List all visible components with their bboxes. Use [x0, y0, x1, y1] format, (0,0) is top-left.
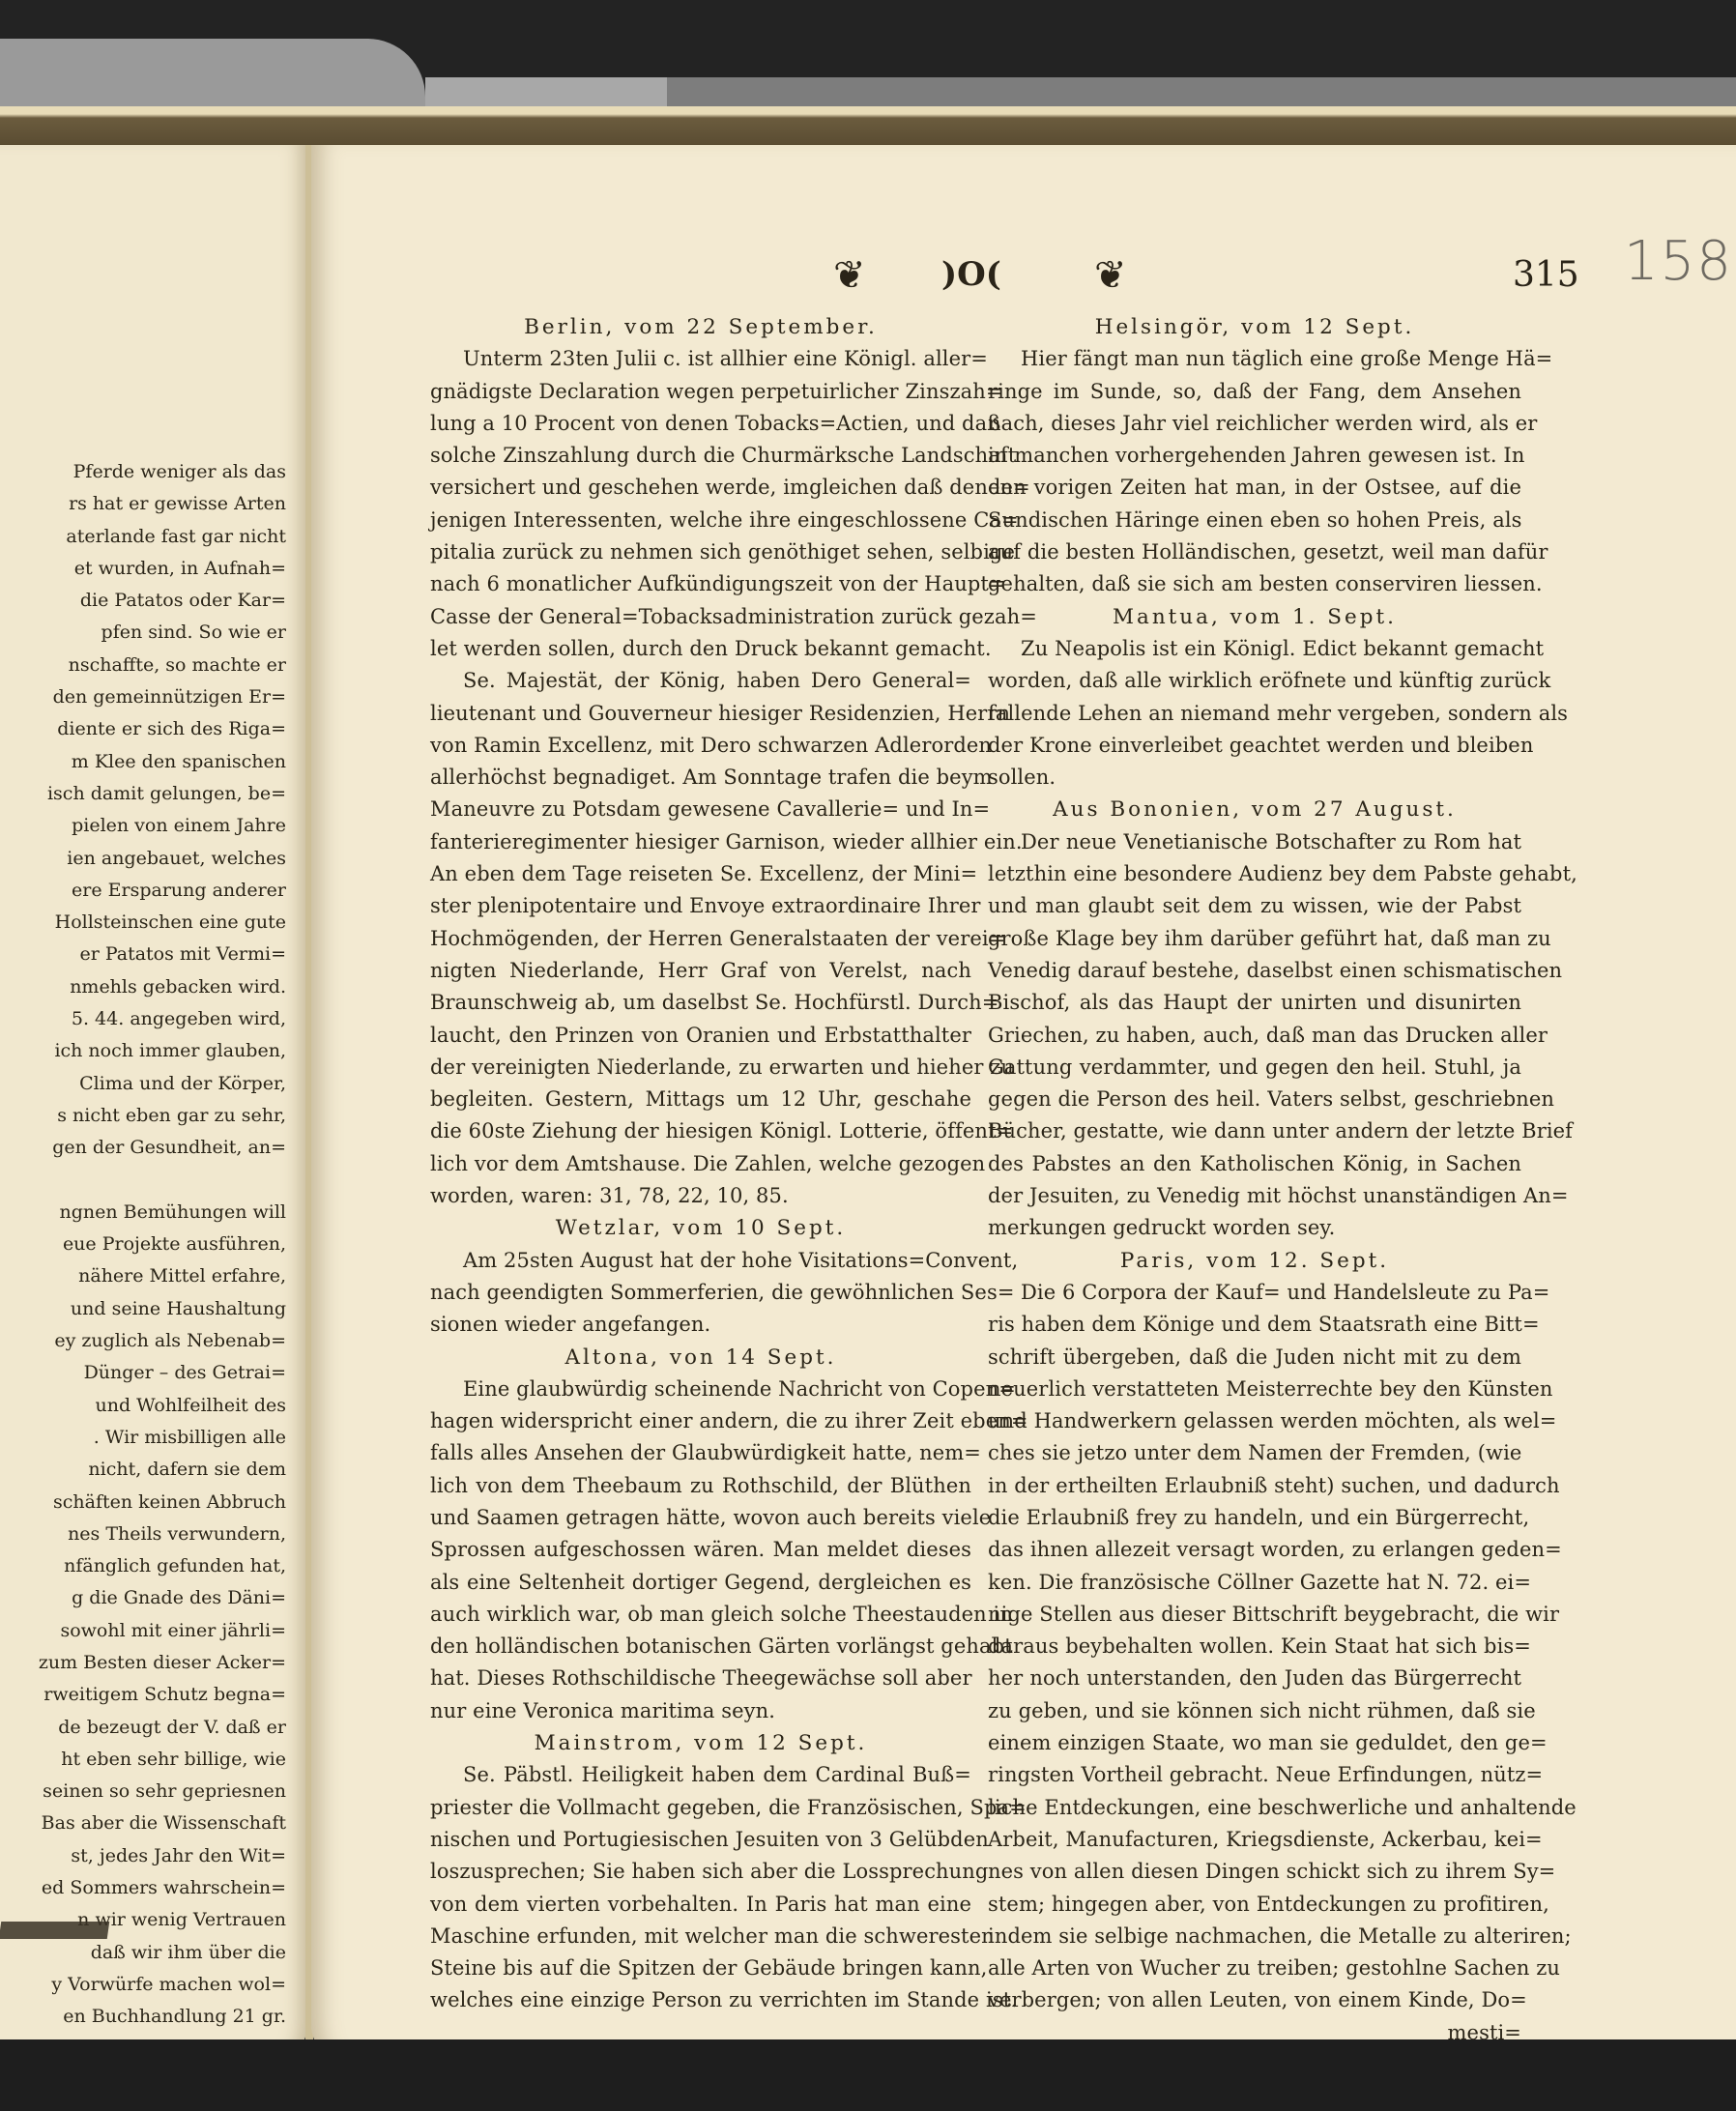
article-body: Zu Neapolis ist ein Königl. Edict bekann…	[988, 633, 1521, 794]
news-article: Wetzlar, vom 10 Sept.Am 25sten August ha…	[430, 1212, 971, 1341]
article-body: Unterm 23ten Julii c. ist allhier eine K…	[430, 343, 971, 1212]
fragment-text-line: ey zuglich als Nebenab=	[0, 1325, 286, 1357]
text-line: worden, waren: 31, 78, 22, 10, 85.	[430, 1180, 971, 1212]
article-body: Eine glaubwürdig scheinende Nachricht vo…	[430, 1374, 971, 1727]
text-line: hat. Dieses Rothschildische Theegewächse…	[430, 1663, 971, 1694]
text-line: pitalia zurück zu nehmen sich genöthiget…	[430, 536, 971, 568]
article-body: Die 6 Corpora der Kauf= und Handelsleute…	[988, 1277, 1521, 2017]
text-line: letzthin eine besondere Audienz bey dem …	[988, 858, 1521, 890]
text-line: der Jesuiten, zu Venedig mit höchst unan…	[988, 1180, 1521, 1212]
fragment-text-line: Dünger – des Getrai=	[0, 1357, 286, 1389]
left-column: Berlin, vom 22 September.Unterm 23ten Ju…	[430, 311, 971, 2017]
fragment-text-line: nes Theils verwundern,	[0, 1518, 286, 1550]
text-line: versichert und geschehen werde, imgleich…	[430, 472, 971, 504]
text-line: Am 25sten August hat der hohe Visitation…	[430, 1245, 971, 1277]
text-line: lieutenant und Gouverneur hiesiger Resid…	[430, 698, 971, 730]
fragment-text-line: 5. 44. angegeben wird,	[0, 1003, 286, 1035]
text-line: Arbeit, Manufacturen, Kriegsdienste, Ack…	[988, 1824, 1521, 1856]
fragment-text-line: ht eben sehr billige, wie	[0, 1744, 286, 1776]
news-article: Mainstrom, vom 12 Sept.Se. Päbstl. Heili…	[430, 1727, 971, 2017]
fragment-text-line: Hollsteinschen eine gute	[0, 907, 286, 939]
fragment-text-line: ngnen Bemühungen will	[0, 1197, 286, 1229]
article-dateline: Aus Bononien, vom 27 August.	[988, 794, 1521, 825]
text-line: auch wirklich war, ob man gleich solche …	[430, 1599, 971, 1631]
fragment-text-line: er Patatos mit Vermi=	[0, 939, 286, 970]
fragment-text-line: rs hat er gewisse Arten	[0, 488, 286, 520]
news-article: Berlin, vom 22 September.Unterm 23ten Ju…	[430, 311, 971, 1212]
fragment-text-line: en Buchhandlung 21 gr.	[0, 2001, 286, 2033]
article-dateline: Altona, von 14 Sept.	[430, 1342, 971, 1374]
text-line: Maneuvre zu Potsdam gewesene Cavallerie=…	[430, 794, 971, 825]
text-line: Zu Neapolis ist ein Königl. Edict bekann…	[988, 633, 1521, 665]
news-article: Altona, von 14 Sept.Eine glaubwürdig sch…	[430, 1342, 971, 1728]
page-number: 315	[1513, 255, 1579, 295]
fragment-text-line: sowohl mit einer jährli=	[0, 1615, 286, 1647]
news-article: Helsingör, vom 12 Sept.Hier fängt man nu…	[988, 311, 1521, 601]
fragment-text-line: y Vorwürfe machen wol=	[0, 1969, 286, 2001]
fragment-text-line: ed Sommers wahrschein=	[0, 1872, 286, 1904]
text-line: von Ramin Excellenz, mit Dero schwarzen …	[430, 730, 971, 762]
text-line: hagen widerspricht einer andern, die zu …	[430, 1405, 971, 1437]
text-line: nigten Niederlande, Herr Graf von Verels…	[430, 955, 971, 987]
article-dateline: Paris, vom 12. Sept.	[988, 1245, 1521, 1277]
text-line: die Erlaubniß frey zu handeln, und ein B…	[988, 1502, 1521, 1534]
text-line: An eben dem Tage reiseten Se. Excellenz,…	[430, 858, 971, 890]
fragment-text-line: schäften keinen Abbruch	[0, 1487, 286, 1518]
text-line: die 60ste Ziehung der hiesigen Königl. L…	[430, 1115, 971, 1147]
text-line: Sprossen aufgeschossen wären. Man meldet…	[430, 1534, 971, 1566]
fragment-text-line: aterlande fast gar nicht	[0, 521, 286, 553]
text-line: nige Stellen aus dieser Bittschrift beyg…	[988, 1599, 1521, 1631]
article-dateline: Mantua, vom 1. Sept.	[988, 601, 1521, 633]
fragment-text-line: et wurden, in Aufnah=	[0, 553, 286, 585]
text-line: daraus beybehalten wollen. Kein Staat ha…	[988, 1631, 1521, 1663]
text-line: her noch unterstanden, den Juden das Bür…	[988, 1663, 1521, 1694]
text-line: Casse der General=Tobacksadministration …	[430, 601, 971, 633]
text-line: der Krone einverleibet geachtet werden u…	[988, 730, 1521, 762]
text-line: Sundischen Häringe einen eben so hohen P…	[988, 505, 1521, 536]
text-line: Maschine erfunden, mit welcher man die s…	[430, 1921, 971, 1952]
fragment-text-line: diente er sich des Riga=	[0, 713, 286, 745]
page-header: ❦ )O( ❦ 315	[833, 253, 1606, 311]
text-line: merkungen gedruckt worden sey.	[988, 1212, 1521, 1244]
text-line: als eine Seltenheit dortiger Gegend, der…	[430, 1567, 971, 1599]
text-line: und man glaubt seit dem zu wissen, wie d…	[988, 890, 1521, 922]
fragment-text-line: nmehls gebacken wird.	[0, 971, 286, 1003]
fragment-text-line: ere Ersparung anderer	[0, 875, 286, 907]
text-line: sionen wieder angefangen.	[430, 1309, 971, 1341]
text-line: gegen die Person des heil. Vaters selbst…	[988, 1084, 1521, 1115]
text-line: Gattung verdammter, und gegen den heil. …	[988, 1052, 1521, 1084]
text-line: Bücher, gestatte, wie dann unter andern …	[988, 1115, 1521, 1147]
fragment-text-line: pfen sind. So wie er	[0, 617, 286, 649]
text-line: nur eine Veronica maritima seyn.	[430, 1695, 971, 1727]
text-line: des Pabstes an den Katholischen König, i…	[988, 1148, 1521, 1180]
text-line: das ihnen allezeit versagt worden, zu er…	[988, 1534, 1521, 1566]
fragment-text-line: nschaffte, so machte er	[0, 650, 286, 681]
fragment-text-line: m Klee den spanischen	[0, 746, 286, 778]
text-line: welches eine einzige Person zu verrichte…	[430, 1984, 971, 2016]
news-article: Paris, vom 12. Sept.Die 6 Corpora der Ka…	[988, 1245, 1521, 2017]
text-line: Hochmögenden, der Herren Generalstaaten …	[430, 923, 971, 955]
text-line: solche Zinszahlung durch die Churmärksch…	[430, 440, 971, 472]
text-line: nach geendigten Sommerferien, die gewöhn…	[430, 1277, 971, 1309]
fragment-text-line: und seine Haushaltung	[0, 1293, 286, 1325]
text-line: Eine glaubwürdig scheinende Nachricht vo…	[430, 1374, 971, 1405]
text-line: Venedig darauf bestehe, daselbst einen s…	[988, 955, 1521, 987]
text-line: Unterm 23ten Julii c. ist allhier eine K…	[430, 343, 971, 375]
text-line: lung a 10 Procent von denen Tobacks=Acti…	[430, 408, 971, 440]
article-body: Der neue Venetianische Botschafter zu Ro…	[988, 826, 1521, 1245]
fragment-text-line: Bas aber die Wissenschaft	[0, 1807, 286, 1839]
fragment-text-line: s nicht eben gar zu sehr,	[0, 1100, 286, 1132]
text-line: Der neue Venetianische Botschafter zu Ro…	[988, 826, 1521, 858]
text-line: schrift übergeben, daß die Juden nicht m…	[988, 1342, 1521, 1374]
article-dateline: Mainstrom, vom 12 Sept.	[430, 1727, 971, 1759]
fragment-text-line: und Wohlfeilheit des	[0, 1390, 286, 1422]
text-line: und Handwerkern gelassen werden möchten,…	[988, 1405, 1521, 1437]
left-page-text-fragment: Pferde weniger als dasrs hat er gewisse …	[0, 456, 286, 2064]
fragment-text-line: st, jedes Jahr den Wit=	[0, 1840, 286, 1872]
fragment-text-line: seinen so sehr gepriesnen	[0, 1776, 286, 1807]
text-line: priester die Vollmacht gegeben, die Fran…	[430, 1792, 971, 1824]
fragment-text-line: nicht, dafern sie dem	[0, 1454, 286, 1486]
article-dateline: Helsingör, vom 12 Sept.	[988, 311, 1521, 343]
fragment-text-line: Pferde weniger als das	[0, 456, 286, 488]
text-line: den holländischen botanischen Gärten vor…	[430, 1631, 971, 1663]
text-line: ringsten Vortheil gebracht. Neue Erfindu…	[988, 1759, 1521, 1791]
text-line: lich vor dem Amtshause. Die Zahlen, welc…	[430, 1148, 971, 1180]
text-line: worden, daß alle wirklich eröfnete und k…	[988, 665, 1521, 697]
text-line: zu geben, und sie können sich nicht rühm…	[988, 1695, 1521, 1727]
text-line: falls alles Ansehen der Glaubwürdigkeit …	[430, 1437, 971, 1469]
text-line: nes von allen diesen Dingen schickt sich…	[988, 1856, 1521, 1888]
text-line: der vereinigten Niederlande, zu erwarten…	[430, 1052, 971, 1084]
fragment-text-line: eue Projekte ausführen,	[0, 1229, 286, 1260]
article-dateline: Berlin, vom 22 September.	[430, 311, 971, 343]
text-line: lich von dem Theebaum zu Rothschild, der…	[430, 1470, 971, 1502]
text-line: allerhöchst begnadiget. Am Sonntage traf…	[430, 762, 971, 794]
moon-ornament-icon: )O(	[941, 255, 1001, 294]
article-body: Hier fängt man nun täglich eine große Me…	[988, 343, 1521, 600]
shell-ornament-icon: ❦	[1094, 253, 1127, 298]
fragment-text-line: . Wir misbilligen alle	[0, 1422, 286, 1454]
text-line: Griechen, zu haben, auch, daß man das Dr…	[988, 1020, 1521, 1052]
article-body: Am 25sten August hat der hohe Visitation…	[430, 1245, 971, 1342]
text-line: Hier fängt man nun täglich eine große Me…	[988, 343, 1521, 375]
fragment-text-line: pielen von einem Jahre	[0, 810, 286, 842]
fragment-text-line: daß wir ihm über die	[0, 1937, 286, 1969]
text-line: ches sie jetzo unter dem Namen der Fremd…	[988, 1437, 1521, 1469]
fragment-text-line: ien angebauet, welches	[0, 843, 286, 875]
news-article: Aus Bononien, vom 27 August.Der neue Ven…	[988, 794, 1521, 1244]
shell-ornament-icon: ❦	[833, 253, 866, 298]
text-line: fallende Lehen an niemand mehr vergeben,…	[988, 698, 1521, 730]
text-line: verbergen; von allen Leuten, von einem K…	[988, 1984, 1521, 2016]
fragment-text-line: ich noch immer glauben,	[0, 1035, 286, 1067]
text-line: nischen und Portugiesischen Jesuiten von…	[430, 1824, 971, 1856]
text-line: von dem vierten vorbehalten. In Paris ha…	[430, 1889, 971, 1921]
fragment-text-line: gen der Gesundheit, an=	[0, 1132, 286, 1164]
fragment-text-line	[0, 1165, 286, 1197]
text-line: let werden sollen, durch den Druck bekan…	[430, 633, 971, 665]
text-line: auf die besten Holländischen, gesetzt, w…	[988, 536, 1521, 568]
fragment-text-line: Clima und der Körper,	[0, 1068, 286, 1100]
fragment-text-line: de bezeugt der V. daß er	[0, 1712, 286, 1744]
fragment-text-line: g die Gnade des Däni=	[0, 1582, 286, 1614]
article-body: Se. Päbstl. Heiligkeit haben dem Cardina…	[430, 1759, 971, 2016]
text-line: einem einzigen Staate, wo man sie geduld…	[988, 1727, 1521, 1759]
text-line: in manchen vorhergehenden Jahren gewesen…	[988, 440, 1521, 472]
fragment-text-line: nähere Mittel erfahre,	[0, 1260, 286, 1292]
text-line: große Klage bey ihm darüber geführt hat,…	[988, 923, 1521, 955]
text-line: alle Arten von Wucher zu treiben; gestoh…	[988, 1952, 1521, 1984]
text-line: gnädigste Declaration wegen perpetuirlic…	[430, 376, 971, 408]
fragment-text-line: zum Besten dieser Acker=	[0, 1647, 286, 1679]
news-article: Mantua, vom 1. Sept.Zu Neapolis ist ein …	[988, 601, 1521, 795]
text-line: begleiten. Gestern, Mittags um 12 Uhr, g…	[430, 1084, 971, 1115]
text-line: Die 6 Corpora der Kauf= und Handelsleute…	[988, 1277, 1521, 1309]
left-page: Pferde weniger als dasrs hat er gewisse …	[0, 145, 307, 2064]
text-line: neuerlich verstatteten Meisterrechte bey…	[988, 1374, 1521, 1405]
fragment-text-line: den gemeinnützigen Er=	[0, 681, 286, 713]
text-line: loszusprechen; Sie haben sich aber die L…	[430, 1856, 971, 1888]
text-line: in der ertheilten Erlaubniß steht) suche…	[988, 1470, 1521, 1502]
book-headband-left	[0, 39, 425, 116]
text-line: sollen.	[988, 762, 1521, 794]
text-line: den vorigen Zeiten hat man, in der Ostse…	[988, 472, 1521, 504]
text-line: ris haben dem Könige und dem Staatsrath …	[988, 1309, 1521, 1341]
text-line: nach 6 monatlicher Aufkündigungszeit von…	[430, 568, 971, 600]
article-dateline: Wetzlar, vom 10 Sept.	[430, 1212, 971, 1244]
text-line: gehalten, daß sie sich am besten conserv…	[988, 568, 1521, 600]
text-line: indem sie selbige nachmachen, die Metall…	[988, 1921, 1521, 1952]
text-line: Se. Päbstl. Heiligkeit haben dem Cardina…	[430, 1759, 971, 1791]
fragment-text-line: nfänglich gefunden hat,	[0, 1550, 286, 1582]
text-line: liche Entdeckungen, eine beschwerliche u…	[988, 1792, 1521, 1824]
text-line: ster plenipotentaire und Envoye extraord…	[430, 890, 971, 922]
text-line: laucht, den Prinzen von Oranien und Erbs…	[430, 1020, 971, 1052]
text-line: Bischof, als das Haupt der unirten und d…	[988, 987, 1521, 1019]
fragment-text-line: isch damit gelungen, be=	[0, 778, 286, 810]
text-line: Se. Majestät, der König, haben Dero Gene…	[430, 665, 971, 697]
pencil-folio-number: 158	[1624, 230, 1733, 293]
text-line: Steine bis auf die Spitzen der Gebäude b…	[430, 1952, 971, 1984]
text-line: Braunschweig ab, um daselbst Se. Hochfür…	[430, 987, 971, 1019]
fragment-text-line: die Patatos oder Kar=	[0, 585, 286, 617]
text-line: stem; hingegen aber, von Entdeckungen zu…	[988, 1889, 1521, 1921]
text-line: fanterieregimenter hiesiger Garnison, wi…	[430, 826, 971, 858]
scanner-background-bottom	[0, 2039, 1736, 2111]
fragment-text-line: rweitigem Schutz begna=	[0, 1679, 286, 1711]
right-column: Helsingör, vom 12 Sept.Hier fängt man nu…	[988, 311, 1521, 2049]
text-line: nach, dieses Jahr viel reichlicher werde…	[988, 408, 1521, 440]
text-line: jenigen Interessenten, welche ihre einge…	[430, 505, 971, 536]
text-line: ken. Die französische Cöllner Gazette ha…	[988, 1567, 1521, 1599]
end-rule-ornament	[0, 1922, 109, 1939]
text-line: und Saamen getragen hätte, wovon auch be…	[430, 1502, 971, 1534]
text-line: ringe im Sunde, so, daß der Fang, dem An…	[988, 376, 1521, 408]
